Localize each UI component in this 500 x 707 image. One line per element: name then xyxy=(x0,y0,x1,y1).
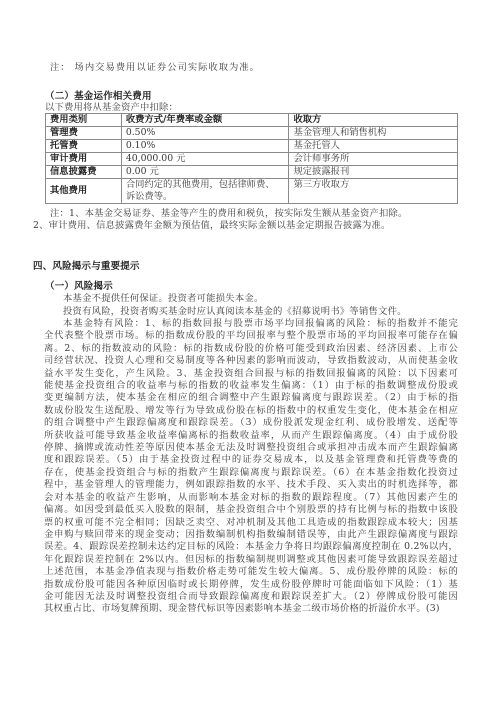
fee-recipient: 第三方收取方 xyxy=(289,179,458,204)
paragraph-line: 金申购与赎回带来的现金变动；因指数编制机构指数编制错误等，由此产生跟踪偏离度与跟… xyxy=(44,529,458,541)
paragraph-line: 的组合调整中产生跟踪偏离度和跟踪误差。（3）成份股派发现金红利、成份股增发、送配… xyxy=(44,417,458,429)
header-fee-category: 费用类别 xyxy=(46,114,122,127)
paragraph-line: 金可能因无法及时调整投资组合而导致跟踪偏离度和跟踪误差扩大。（2）停牌成份股可能… xyxy=(44,591,458,603)
table-row: 信息披露费 0.00 元 规定披露报刊 xyxy=(46,166,458,179)
header-fee-rate: 收费方式/年费率或金额 xyxy=(121,114,289,127)
fee-category: 管理费 xyxy=(46,127,122,140)
fee-note-1: 注：1、本基金交易证券、基金等产生的费用和税负，按实际发生额从基金资产扣除。 xyxy=(50,208,408,220)
fee-category: 审计费用 xyxy=(46,153,122,166)
document-page: 注： 场内交易费用以证券公司实际收取为准。 （二）基金运作相关费用 以下费用将从… xyxy=(0,0,500,707)
paragraph-line: 投资有风险，投资者购买基金时应认真阅读本基金的《招募说明书》等销售文件。 xyxy=(44,306,458,318)
paragraph-line: 离。2、标的指数波动的风险：标的指数成份股的价格可能受到政治因素、经济因素、上市… xyxy=(44,343,458,355)
risk-paragraph: 投资有风险，投资者购买基金时应认真阅读本基金的《招募说明书》等销售文件。 xyxy=(44,306,458,318)
special-risk-paragraph: 本基金特有风险：1、标的指数回报与股票市场平均回报偏离的风险：标的指数并不能完 … xyxy=(44,318,458,616)
fee-rate: 0.00 元 xyxy=(121,166,289,179)
trading-fee-note: 注： 场内交易费用以证券公司实际收取为准。 xyxy=(50,62,260,74)
paragraph-line: 误差。4、跟踪误差控制未达约定目标的风险：本基金力争将日均跟踪偏离度控制在 0.… xyxy=(44,541,458,553)
paragraph-line: 程中，基金管理人的管理能力，例如跟踪指数的水平、技术手段、买入卖出的时机选择等，… xyxy=(44,479,458,491)
paragraph-line: 全代表整个股票市场。标的指数成份股的平均回报率与整个股票市场的平均回报率可能存在… xyxy=(44,330,458,342)
fee-rate: 0.10% xyxy=(121,140,289,153)
fee-recipient: 基金管理人和销售机构 xyxy=(289,127,458,140)
paragraph-line: 会对本基金的收益产生影响，从而影响本基金对标的指数的跟踪程度。（7）其他因素产生… xyxy=(44,492,458,504)
paragraph-line: 所获收益可能导致基金收益率偏离标的指数收益率，从而产生跟踪偏离度。（4）由于成份… xyxy=(44,430,458,442)
paragraph-line: 偏离。如因受到最低买入股数的限制，基金投资组合中个别股票的持有比例与标的指数中该… xyxy=(44,504,458,516)
fee-rate: 0.50% xyxy=(121,127,289,140)
paragraph-line: 指数成份股可能因各种原因临时或长期停牌，发生成份股停牌时可能面临如下风险：（1）… xyxy=(44,579,458,591)
fee-category: 其他费用 xyxy=(46,179,122,204)
fee-recipient: 会计师事务所 xyxy=(289,153,458,166)
paragraph-line: 度和跟踪误差。（5）由于基金投资过程中的证券交易成本，以及基金管理费和托管费等费… xyxy=(44,454,458,466)
paragraph-line: 票的权重可能不完全相同；因缺乏卖空、对冲机制及其他工具造成的指数跟踪成本较大；因… xyxy=(44,517,458,529)
table-row: 其他费用 合同约定的其他费用，包括律师费、 诉讼费等。 第三方收取方 xyxy=(46,179,458,204)
fee-recipient: 规定披露报刊 xyxy=(289,166,458,179)
fee-category: 信息披露费 xyxy=(46,166,122,179)
paragraph-line: 其权重占比、市场复牌预期、现金替代标识等因素影响本基金二级市场价格的折溢价水平。… xyxy=(44,603,458,615)
paragraph-line: 停牌、摘牌或流动性差等原因使本基金无法及时调整投资组合或承担冲击成本而产生跟踪偏… xyxy=(44,442,458,454)
fee-table: 费用类别 收费方式/年费率或金额 收取方 管理费 0.50% 基金管理人和销售机… xyxy=(45,113,458,204)
section-heading-risk: 四、风险揭示与重要提示 xyxy=(33,261,140,273)
paragraph-line: 存在，使基金投资组合与标的指数产生跟踪偏离度与跟踪误差。（6）在本基金指数化投资… xyxy=(44,467,458,479)
paragraph-line: 本基金特有风险：1、标的指数回报与股票市场平均回报偏离的风险：标的指数并不能完 xyxy=(44,318,458,330)
table-row: 审计费用 40,000.00 元 会计师事务所 xyxy=(46,153,458,166)
header-fee-recipient: 收取方 xyxy=(289,114,458,127)
risk-paragraph: 本基金不提供任何保证。投资者可能损失本金。 xyxy=(44,293,458,305)
paragraph-line: 司经营状况、投资人心理和交易制度等各种因素的影响而波动，导致指数波动，从而使基金… xyxy=(44,355,458,367)
paragraph-line: 益水平发生变化，产生风险。3、基金投资组合回报与标的指数回报偏离的风险：以下因素… xyxy=(44,368,458,380)
fee-rate: 合同约定的其他费用，包括律师费、 诉讼费等。 xyxy=(121,179,289,204)
paragraph-line: 能使基金投资组合的收益率与标的指数的收益率发生偏离：（1）由于标的指数调整成份股… xyxy=(44,380,458,392)
table-row: 托管费 0.10% 基金托管人 xyxy=(46,140,458,153)
paragraph-line: 变更编制方法，使本基金在相应的组合调整中产生跟踪偏离度与跟踪误差。（2）由于标的… xyxy=(44,392,458,404)
fee-rate-line: 诉讼费等。 xyxy=(126,191,285,203)
subsection-heading-risk-disclosure: （一）风险揭示 xyxy=(45,281,113,293)
table-header-row: 费用类别 收费方式/年费率或金额 收取方 xyxy=(46,114,458,127)
fee-rate: 40,000.00 元 xyxy=(121,153,289,166)
fee-recipient: 基金托管人 xyxy=(289,140,458,153)
paragraph-line: 上述范围，本基金净值表现与指数价格走势可能发生较大偏离。5、成份股停牌的风险：标… xyxy=(44,566,458,578)
paragraph-line: 数成份股发生送配股、增发等行为导致成份股在标的指数中的权重发生变化，使本基金在相… xyxy=(44,405,458,417)
paragraph-line: 本基金不提供任何保证。投资者可能损失本金。 xyxy=(44,293,458,305)
fee-category: 托管费 xyxy=(46,140,122,153)
fee-note-2: 2、审计费用、信息披露费年金额为预估值，最终实际金额以基金定期报告披露为准。 xyxy=(33,220,391,232)
fee-rate-line: 合同约定的其他费用，包括律师费、 xyxy=(126,179,285,191)
paragraph-line: 年化跟踪误差控制在 2%以内。但因标的指数编制规则调整或其他因素可能导致跟踪误差… xyxy=(44,554,458,566)
table-row: 管理费 0.50% 基金管理人和销售机构 xyxy=(46,127,458,140)
